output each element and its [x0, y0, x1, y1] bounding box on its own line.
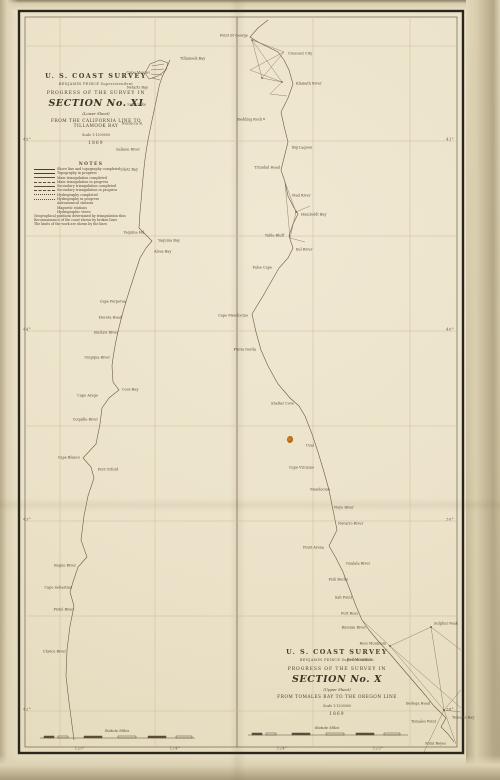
year: 1869 [270, 711, 404, 716]
scale-bar-left-caption: Statute Miles [105, 729, 129, 733]
year: 1869 [34, 140, 158, 145]
title-block-section-xi: U. S. COAST SURVEY BENJAMIN PEIRCE Super… [34, 72, 158, 145]
coastline-section-x [250, 20, 454, 742]
scale-bar-left [40, 736, 195, 738]
section-number: SECTION No. X [270, 674, 404, 685]
sheet-note: (Lower Sheet) [34, 111, 158, 116]
scale-note: Scale 1:1200000 [270, 704, 404, 708]
scale-bar-right-caption: Statute Miles [315, 726, 339, 730]
progress-line: PROGRESS OF THE SURVEY IN [34, 91, 158, 96]
triangulation-stations [251, 39, 445, 711]
agency-name: U. S. COAST SURVEY [34, 72, 158, 80]
legend-line-sample [34, 182, 55, 183]
legend-line-sample [34, 177, 55, 178]
title-block-section-x: U. S. COAST SURVEY BENJAMIN PEIRCE Super… [270, 648, 404, 716]
notes-footer-line: The limits of the work are shown by the … [34, 222, 148, 226]
superintendent-line: BENJAMIN PEIRCE Superintendent [34, 82, 158, 86]
legend-line-sample [34, 190, 55, 191]
triangulation-lines [250, 40, 461, 752]
scale-bar-right [248, 733, 408, 735]
scanned-map-sheet: U. S. COAST SURVEY BENJAMIN PEIRCE Super… [0, 0, 500, 780]
notes-rows: Shore line and topography completedTopog… [34, 167, 148, 214]
coverage-line: FROM THE CALIFORNIA LINE TO TILLAMOOK BA… [34, 119, 158, 129]
sheet-note: (Upper Sheet) [270, 687, 404, 692]
notes-legend: NOTES Shore line and topography complete… [34, 162, 148, 227]
section-number: SECTION No. XI [34, 98, 158, 109]
coverage-line: FROM TOMALES BAY TO THE OREGON LINE [270, 695, 404, 700]
legend-line-sample [34, 173, 55, 174]
legend-line-sample [34, 186, 55, 187]
notes-footer: Geographical positions determined by tri… [34, 214, 148, 226]
superintendent-line: BENJAMIN PEIRCE Superintendent [270, 658, 404, 662]
legend-line-sample [34, 194, 55, 195]
agency-name: U. S. COAST SURVEY [270, 648, 404, 656]
progress-line: PROGRESS OF THE SURVEY IN [270, 667, 404, 672]
legend-line-sample [34, 169, 55, 170]
legend-line-sample [34, 199, 55, 200]
scale-note: Scale 1:1200000 [34, 133, 158, 137]
